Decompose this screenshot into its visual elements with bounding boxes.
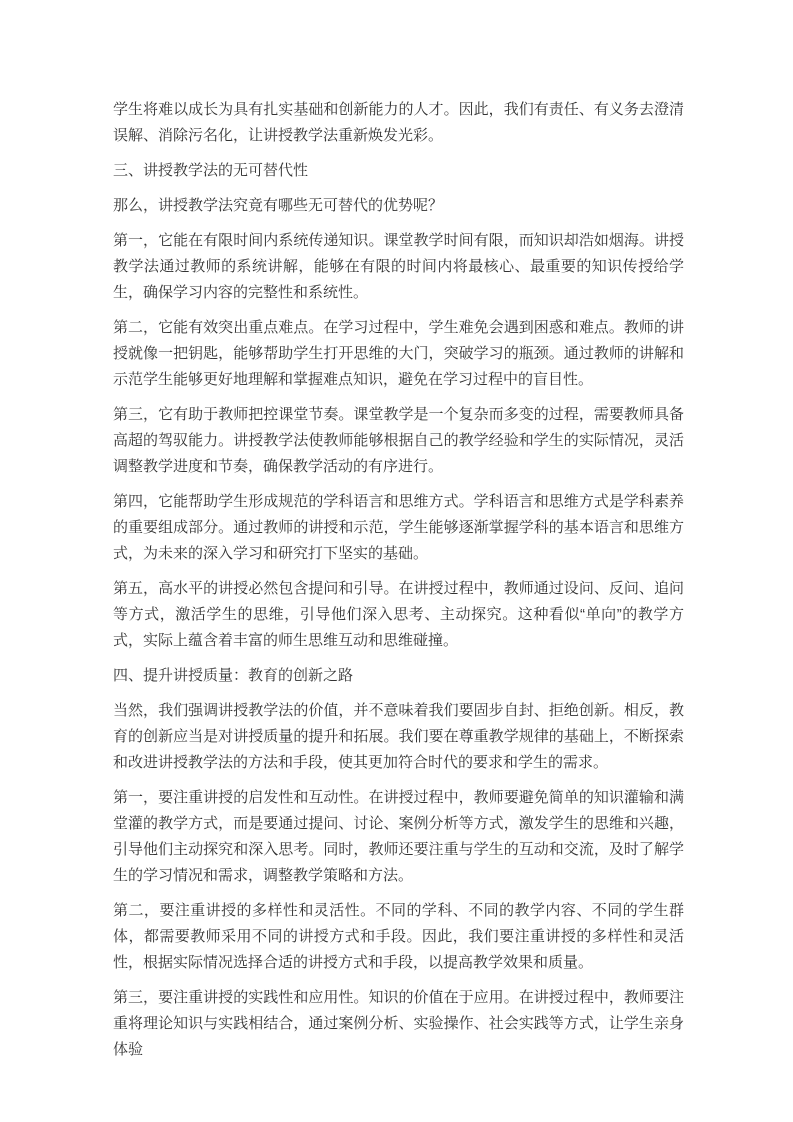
paragraph: 学生将难以成长为具有扎实基础和创新能力的人才。因此，我们有责任、有义务去澄清误解…	[113, 97, 684, 149]
paragraph: 第四，它能帮助学生形成规范的学科语言和思维方式。学科语言和思维方式是学科素养的重…	[113, 489, 684, 567]
paragraph: 第五，高水平的讲授必然包含提问和引导。在讲授过程中，教师通过设问、反问、追问等方…	[113, 576, 684, 654]
paragraph: 第一，它能在有限时间内系统传递知识。课堂教学时间有限，而知识却浩如烟海。讲授教学…	[113, 228, 684, 306]
section-heading: 四、提升讲授质量：教育的创新之路	[113, 663, 684, 689]
document-page: 学生将难以成长为具有扎实基础和创新能力的人才。因此，我们有责任、有义务去澄清误解…	[0, 0, 793, 1122]
paragraph: 第二，它能有效突出重点难点。在学习过程中，学生难免会遇到困惑和难点。教师的讲授就…	[113, 315, 684, 393]
paragraph: 第三，它有助于教师把控课堂节奏。课堂教学是一个复杂而多变的过程，需要教师具备高超…	[113, 402, 684, 480]
paragraph: 第三，要注重讲授的实践性和应用性。知识的价值在于应用。在讲授过程中，教师要注重将…	[113, 985, 684, 1063]
paragraph: 那么，讲授教学法究竟有哪些无可替代的优势呢？	[113, 193, 684, 219]
section-heading: 三、讲授教学法的无可替代性	[113, 158, 684, 184]
paragraph: 第一，要注重讲授的启发性和互动性。在讲授过程中，教师要避免简单的知识灌输和满堂灌…	[113, 785, 684, 889]
paragraph: 当然，我们强调讲授教学法的价值，并不意味着我们要固步自封、拒绝创新。相反，教育的…	[113, 698, 684, 776]
paragraph: 第二，要注重讲授的多样性和灵活性。不同的学科、不同的教学内容、不同的学生群体，都…	[113, 898, 684, 976]
